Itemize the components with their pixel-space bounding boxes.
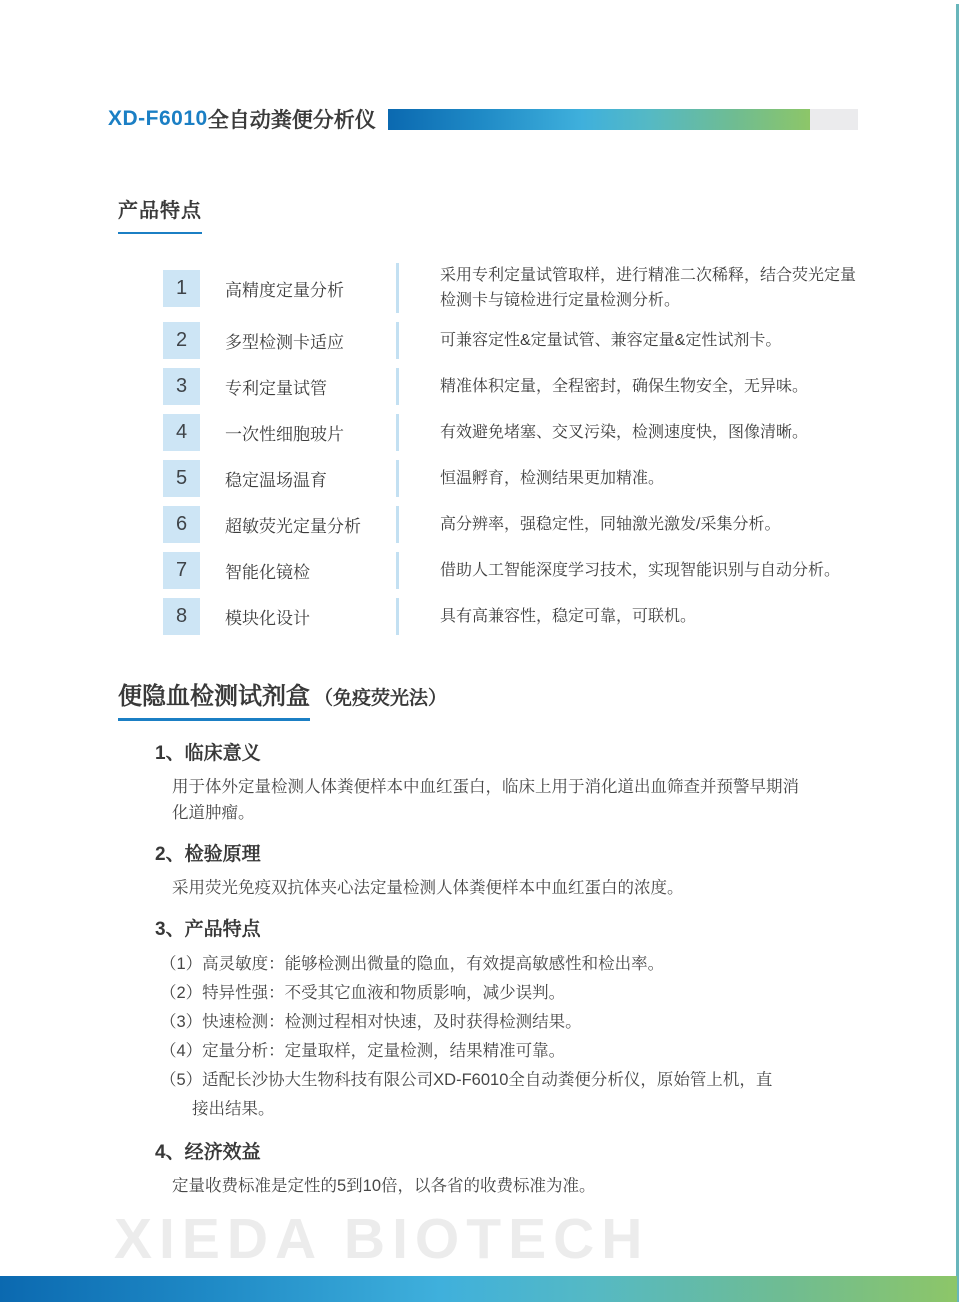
feature-title: 模块化设计 xyxy=(200,604,396,629)
feature-description: 恒温孵育，检测结果更加精准。 xyxy=(399,466,863,491)
feature-description: 有效避免堵塞、交叉污染，检测速度快，图像清晰。 xyxy=(399,420,863,445)
section2-heading: 便隐血检测试剂盒（免疫荧光法） xyxy=(118,676,858,721)
feature-title: 稳定温场温育 xyxy=(200,466,396,491)
feature-list: 1 高精度定量分析 采用专利定量试管取样，进行精准二次稀释，结合荧光定量检测卡与… xyxy=(163,263,863,644)
section2-heading-sub: （免疫荧光法） xyxy=(314,688,447,709)
section2-body: 1、临床意义 用于体外定量检测人体粪便样本中血红蛋白，临床上用于消化道出血筛查并… xyxy=(118,738,858,1199)
feature-row-5: 5 稳定温场温育 恒温孵育，检测结果更加精准。 xyxy=(163,460,863,497)
section1-heading-wrap: 产品特点 xyxy=(118,194,202,234)
header-gray-tail xyxy=(810,109,858,130)
clinical-significance-text: 用于体外定量检测人体粪便样本中血红蛋白，临床上用于消化道出血筛查并预警早期消 化… xyxy=(155,774,858,826)
feature-title: 专利定量试管 xyxy=(200,374,396,399)
clinical-significance-title: 1、临床意义 xyxy=(155,738,858,765)
product-features-items: （1）高灵敏度：能够检测出微量的隐血，有效提高敏感性和检出率。 （2）特异性强：… xyxy=(155,950,858,1124)
feature-title: 多型检测卡适应 xyxy=(200,328,396,353)
feature-number: 3 xyxy=(163,368,200,405)
feature-number: 1 xyxy=(163,270,200,307)
feature-description: 采用专利定量试管取样，进行精准二次稀释，结合荧光定量检测卡与镜检进行定量检测分析… xyxy=(399,263,863,313)
feature-description: 高分辨率，强稳定性，同轴激光激发/采集分析。 xyxy=(399,512,863,537)
feature-item-4: （4）定量分析：定量取样，定量检测，结果精准可靠。 xyxy=(160,1037,858,1066)
section1-heading: 产品特点 xyxy=(118,194,202,234)
page-header: XD-F6010全自动粪便分析仪 xyxy=(108,106,376,132)
feature-item-1: （1）高灵敏度：能够检测出微量的隐血，有效提高敏感性和检出率。 xyxy=(160,950,858,979)
feature-row-8: 8 模块化设计 具有高兼容性，稳定可靠，可联机。 xyxy=(163,598,863,635)
feature-row-6: 6 超敏荧光定量分析 高分辨率，强稳定性，同轴激光激发/采集分析。 xyxy=(163,506,863,543)
section2: 便隐血检测试剂盒（免疫荧光法） 1、临床意义 用于体外定量检测人体粪便样本中血红… xyxy=(118,676,858,1199)
feature-number: 6 xyxy=(163,506,200,543)
feature-item-5-line-1: （5）适配长沙协大生物科技有限公司XD-F6010全自动粪便分析仪，原始管上机，… xyxy=(160,1066,858,1095)
feature-row-4: 4 一次性细胞玻片 有效避免堵塞、交叉污染，检测速度快，图像清晰。 xyxy=(163,414,863,451)
feature-row-1: 1 高精度定量分析 采用专利定量试管取样，进行精准二次稀释，结合荧光定量检测卡与… xyxy=(163,263,863,313)
feature-number: 4 xyxy=(163,414,200,451)
feature-title: 智能化镜检 xyxy=(200,558,396,583)
feature-description: 精准体积定量，全程密封，确保生物安全，无异味。 xyxy=(399,374,863,399)
feature-description: 借助人工智能深度学习技术，实现智能识别与自动分析。 xyxy=(399,558,863,583)
feature-item-5-line-2: 接出结果。 xyxy=(160,1095,858,1124)
header-gradient-bar xyxy=(388,109,810,130)
clinical-line-1: 用于体外定量检测人体粪便样本中血红蛋白，临床上用于消化道出血筛查并预警早期消 xyxy=(172,774,858,800)
feature-row-7: 7 智能化镜检 借助人工智能深度学习技术，实现智能识别与自动分析。 xyxy=(163,552,863,589)
feature-description: 可兼容定性&定量试管、兼容定量&定性试剂卡。 xyxy=(399,328,863,353)
feature-item-3: （3）快速检测：检测过程相对快速，及时获得检测结果。 xyxy=(160,1008,858,1037)
economic-benefit-text: 定量收费标准是定性的5到10倍，以各省的收费标准为准。 xyxy=(155,1173,858,1199)
feature-item-2: （2）特异性强：不受其它血液和物质影响，减少误判。 xyxy=(160,979,858,1008)
feature-number: 5 xyxy=(163,460,200,497)
feature-row-2: 2 多型检测卡适应 可兼容定性&定量试管、兼容定量&定性试剂卡。 xyxy=(163,322,863,359)
right-edge-rule xyxy=(956,4,959,1302)
product-model: XD-F6010 xyxy=(108,107,208,131)
test-principle-title: 2、检验原理 xyxy=(155,839,858,866)
brochure-page: XD-F6010全自动粪便分析仪 产品特点 1 高精度定量分析 采用专利定量试管… xyxy=(0,0,960,1302)
feature-number: 7 xyxy=(163,552,200,589)
footer-gradient-bar xyxy=(0,1276,957,1302)
product-title: 全自动粪便分析仪 xyxy=(208,104,376,134)
economic-benefit-title: 4、经济效益 xyxy=(155,1137,858,1164)
feature-description: 具有高兼容性，稳定可靠，可联机。 xyxy=(399,604,863,629)
clinical-line-2: 化道肿瘤。 xyxy=(172,800,858,826)
section2-heading-main: 便隐血检测试剂盒 xyxy=(118,676,310,721)
feature-row-3: 3 专利定量试管 精准体积定量，全程密封，确保生物安全，无异味。 xyxy=(163,368,863,405)
feature-title: 高精度定量分析 xyxy=(200,276,396,301)
feature-title: 超敏荧光定量分析 xyxy=(200,512,396,537)
product-features-title: 3、产品特点 xyxy=(155,914,858,941)
watermark-text: XIEDA BIOTECH xyxy=(114,1206,649,1272)
test-principle-text: 采用荧光免疫双抗体夹心法定量检测人体粪便样本中血红蛋白的浓度。 xyxy=(155,875,858,901)
feature-number: 8 xyxy=(163,598,200,635)
feature-number: 2 xyxy=(163,322,200,359)
feature-title: 一次性细胞玻片 xyxy=(200,420,396,445)
